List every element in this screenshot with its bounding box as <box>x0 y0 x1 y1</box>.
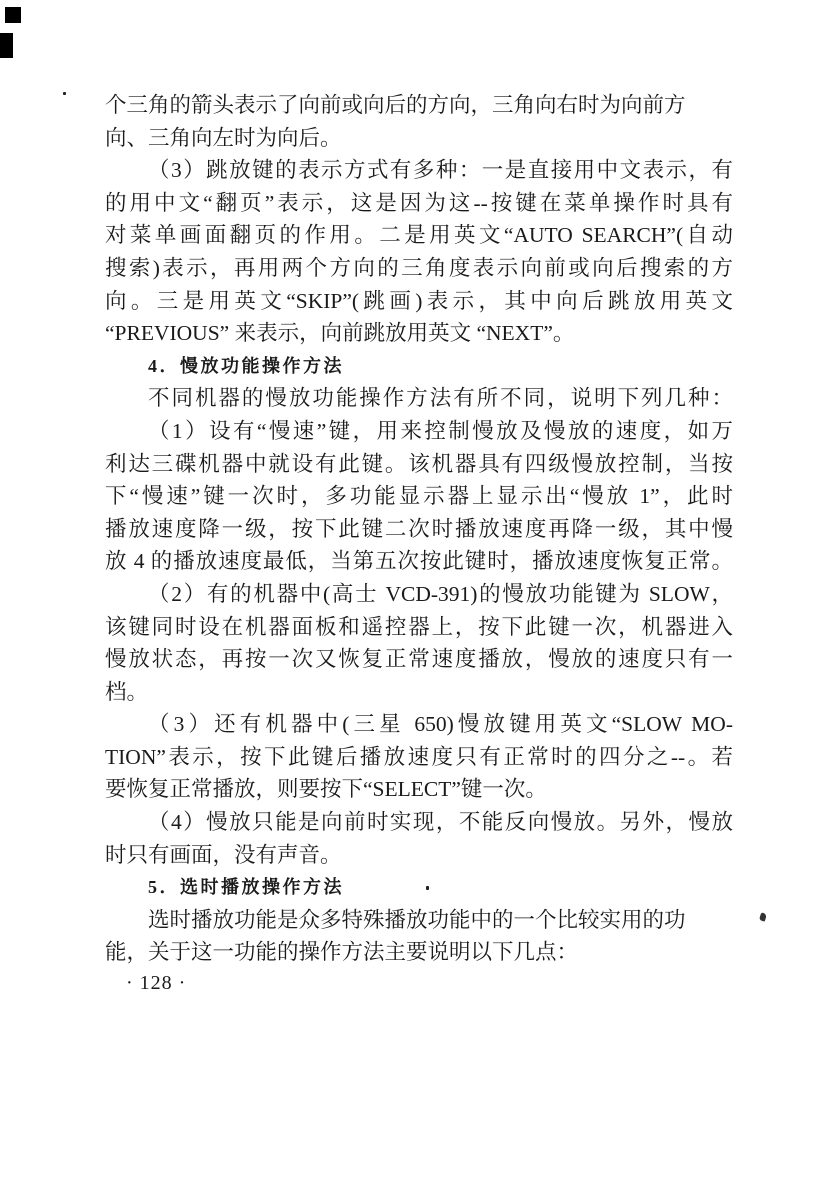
text-line: 该键同时设在机器面板和遥控器上，按下此键一次，机器进入 <box>105 611 733 644</box>
text-line: 放 4 的播放速度最低，当第五次按此键时，播放速度恢复正常。 <box>105 545 733 578</box>
text-line: 利达三碟机器中就设有此键。该机器具有四级慢放控制，当按 <box>105 448 733 481</box>
text-line: 的用中文“翻页”表示，这是因为这--按键在菜单操作时具有 <box>105 187 733 220</box>
text-line: 选时播放功能是众多特殊播放功能中的一个比较实用的功 <box>105 904 733 937</box>
text-line: “PREVIOUS” 来表示，向前跳放用英文 “NEXT”。 <box>105 317 733 350</box>
text-line: 个三角的箭头表示了向前或向后的方向，三角向右时为向前方 <box>105 89 733 122</box>
text-line: 不同机器的慢放功能操作方法有所不同，说明下列几种： <box>105 382 733 415</box>
scanned-book-page: 个三角的箭头表示了向前或向后的方向，三角向右时为向前方向、三角向左时为向后。（3… <box>0 0 818 1200</box>
text-line: 慢放状态，再按一次又恢复正常速度播放，慢放的速度只有一 <box>105 643 733 676</box>
text-line: 时只有画面，没有声音。 <box>105 839 733 872</box>
scan-artifact-smudge <box>759 912 767 921</box>
text-line: 向。三是用英文“SKIP”(跳画)表示，其中向后跳放用英文 <box>105 285 733 318</box>
text-line: 能，关于这一功能的操作方法主要说明以下几点： <box>105 936 733 969</box>
text-line: 对菜单画面翻页的作用。二是用英文“AUTO SEARCH”(自动 <box>105 219 733 252</box>
scan-artifact-corner-bar <box>0 33 13 58</box>
page-number: · 128 · <box>126 972 186 995</box>
scan-artifact-dot <box>63 92 66 95</box>
text-line: （2）有的机器中(高士 VCD-391)的慢放功能键为 SLOW， <box>105 578 733 611</box>
text-line: （3）还有机器中(三星 650)慢放键用英文“SLOW MO- <box>105 708 733 741</box>
section-heading: 5．选时播放操作方法 <box>105 871 733 904</box>
text-block: 个三角的箭头表示了向前或向后的方向，三角向右时为向前方向、三角向左时为向后。（3… <box>105 89 733 969</box>
text-line: （4）慢放只能是向前时实现，不能反向慢放。另外，慢放 <box>105 806 733 839</box>
text-line: 档。 <box>105 676 733 709</box>
scan-artifact-corner-square <box>5 7 21 23</box>
text-line: 播放速度降一级，按下此键二次时播放速度再降一级，其中慢 <box>105 513 733 546</box>
text-line: 要恢复正常播放，则要按下“SELECT”键一次。 <box>105 773 733 806</box>
section-heading: 4．慢放功能操作方法 <box>105 350 733 383</box>
text-line: （3）跳放键的表示方式有多种：一是直接用中文表示，有 <box>105 154 733 187</box>
text-line: TION”表示，按下此键后播放速度只有正常时的四分之--。若 <box>105 741 733 774</box>
text-line: 向、三角向左时为向后。 <box>105 122 733 155</box>
text-line: 下“慢速”键一次时，多功能显示器上显示出“慢放 1”，此时 <box>105 480 733 513</box>
text-line: （1）设有“慢速”键，用来控制慢放及慢放的速度，如万 <box>105 415 733 448</box>
text-line: 搜索)表示，再用两个方向的三角度表示向前或向后搜索的方 <box>105 252 733 285</box>
